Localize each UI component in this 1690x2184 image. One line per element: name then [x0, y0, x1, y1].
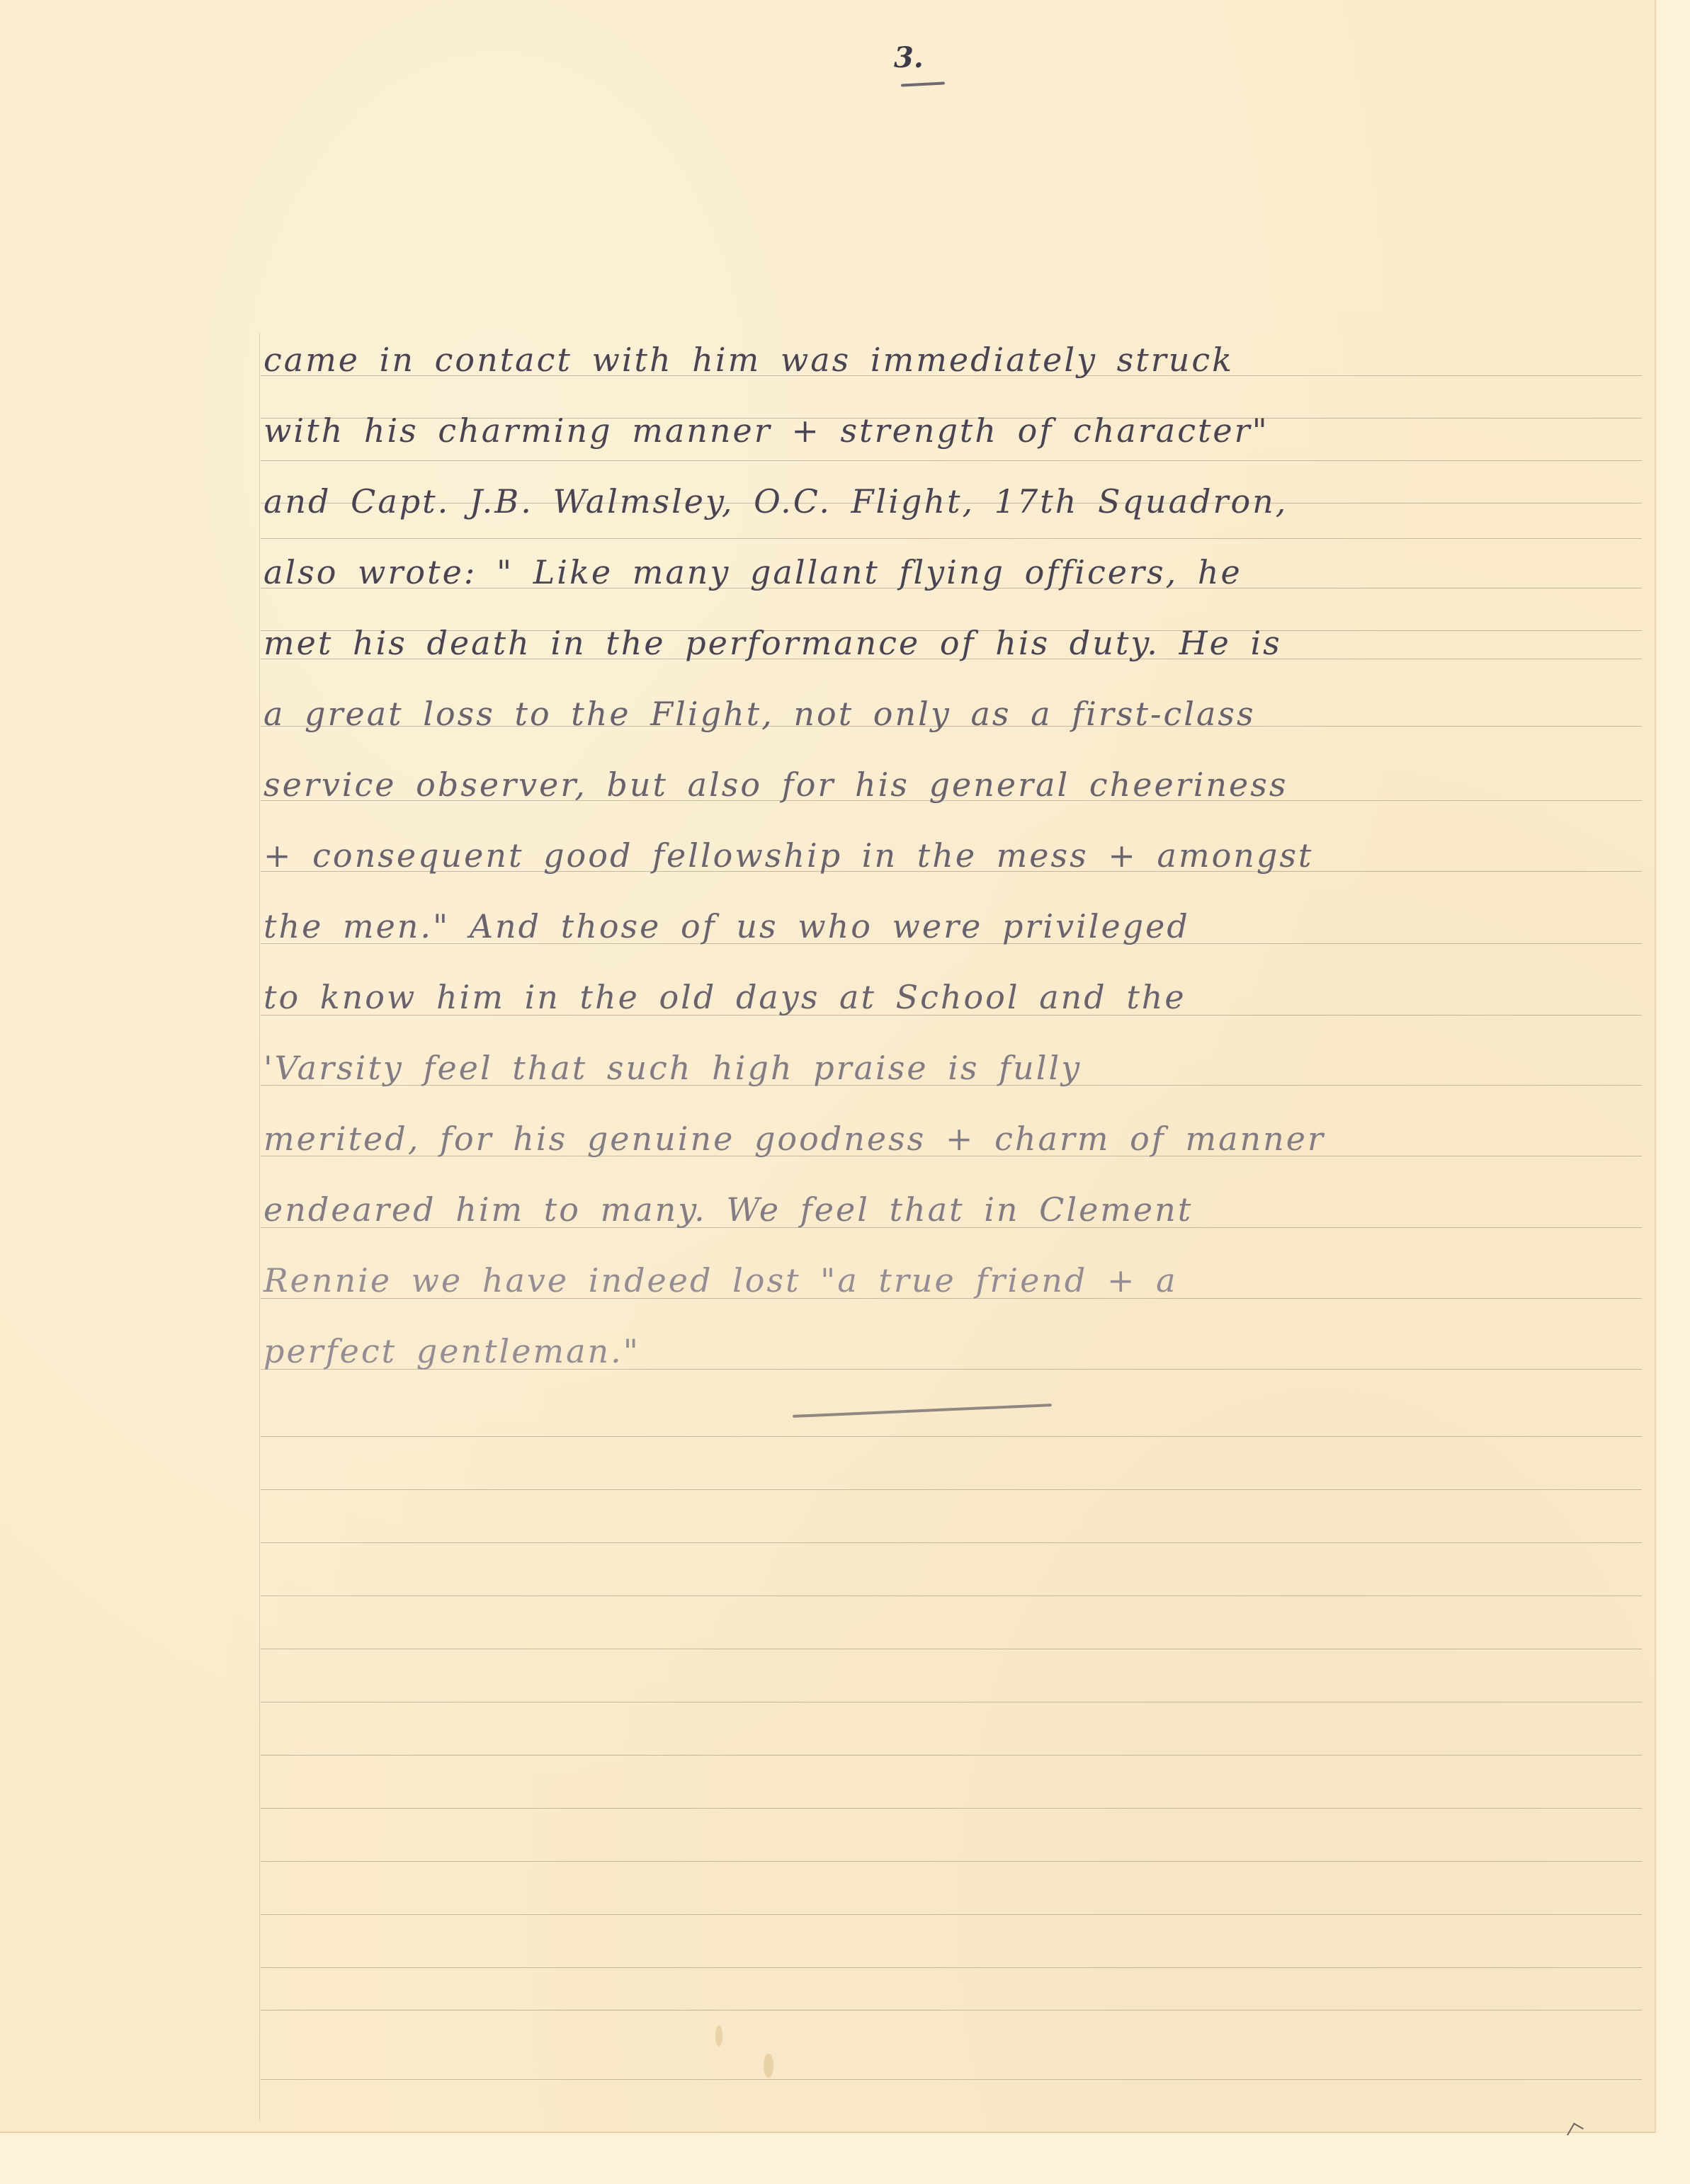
manuscript-page: 3. came in contact with him was immediat… — [0, 0, 1656, 2133]
text-line: with his charming manner + strength of c… — [263, 409, 1269, 452]
ruled-line — [261, 1808, 1642, 1809]
closing-flourish-line — [793, 1404, 1052, 1418]
text-line: merited, for his genuine goodness + char… — [263, 1117, 1325, 1160]
text-line: and Capt. J.B. Walmsley, O.C. Flight, 17… — [263, 480, 1288, 523]
page-number: 3. — [894, 41, 924, 74]
text-line: to know him in the old days at School an… — [263, 976, 1186, 1018]
text-line: the men." And those of us who were privi… — [263, 905, 1190, 948]
ruled-line — [261, 1436, 1642, 1437]
ruled-line — [261, 538, 1642, 539]
ruled-line — [261, 1702, 1642, 1702]
ruled-line — [261, 1861, 1642, 1862]
ruled-line — [261, 1914, 1642, 1915]
text-line: a great loss to the Flight, not only as … — [263, 693, 1256, 735]
ruled-line — [261, 1489, 1642, 1490]
text-line: service observer, but also for his gener… — [263, 763, 1288, 806]
paper-stain — [764, 2054, 773, 2078]
ruled-line — [261, 1755, 1642, 1756]
text-line: endeared him to many. We feel that in Cl… — [263, 1188, 1193, 1231]
ruled-line — [261, 2079, 1642, 2080]
ruled-line — [261, 460, 1642, 461]
text-line: Rennie we have indeed lost "a true frien… — [263, 1259, 1178, 1302]
left-margin-rule — [259, 333, 260, 2121]
text-line: also wrote: " Like many gallant flying o… — [263, 551, 1242, 593]
ruled-line — [261, 1596, 1642, 1596]
ruled-line — [261, 2010, 1642, 2010]
paper-stain — [715, 2025, 722, 2047]
text-line: met his death in the performance of his … — [263, 622, 1282, 664]
text-line: + consequent good fellowship in the mess… — [263, 834, 1313, 877]
text-line: came in contact with him was immediately… — [263, 339, 1234, 381]
ruled-line — [261, 1967, 1642, 1968]
text-line: 'Varsity feel that such high praise is f… — [263, 1047, 1082, 1089]
text-line: perfect gentleman." — [263, 1330, 640, 1372]
page-number-underline — [901, 81, 945, 86]
ruled-line — [261, 1649, 1642, 1649]
ruled-line — [261, 1542, 1642, 1543]
